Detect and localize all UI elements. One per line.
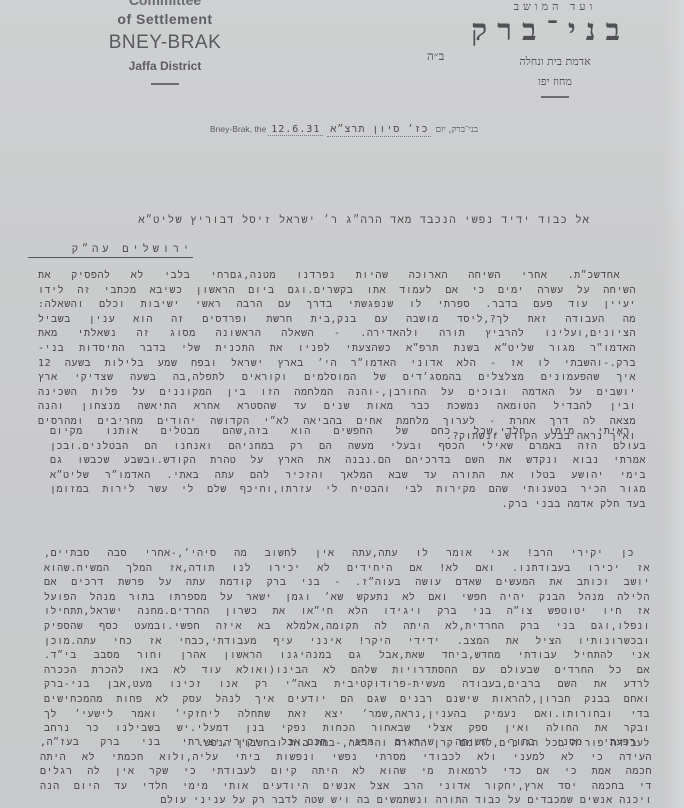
- gregorian-date: 12.6.31: [268, 124, 323, 136]
- text-line: אמרתי נבוא ונקדש את השם בדרכיהם הם.נבנה …: [50, 454, 646, 469]
- date-prefix-hebrew: בני־ברק, יום: [435, 124, 478, 135]
- text-line: די בחכמה יסד ארץ,יחקור אדוני הרב אצל אנש…: [40, 780, 652, 795]
- text-line: אני להתחיל עבודתי מחדש,ביחד שאת,אבל גם ב…: [44, 649, 650, 664]
- text-line: אחדשכ״ת. אחרי השיחה הארוכה שהיות נפרדנו …: [38, 269, 636, 284]
- addressee-city: ירושלים עה״ק: [28, 243, 193, 258]
- text-line: בעולם הזה באמרם שאילי הכסף ובעלי מעשה הם…: [50, 440, 646, 455]
- text-line: הציונים,ועלינו להרביץ תורה ולהאדירה. - ה…: [38, 327, 636, 342]
- paragraph-4: רפעתי מסנו בתוך השיחה שיראים מפני חכם.אב…: [40, 736, 652, 808]
- text-line: ואחם בבנק חברון,להראות שישנם רבנים שגם ה…: [44, 693, 650, 708]
- text-line: איך שהפעמונים מצלצלים בהמסג׳דים של המוסל…: [38, 371, 636, 386]
- addressee: אל כבוד ידיד נפשי הנכבד מאד הרה״ג ר׳ ישר…: [90, 214, 590, 227]
- text-line: מה העבודה זאת לך?,ליסד מושבה עם בנק,בית …: [38, 313, 636, 328]
- text-line: מגור הכיר בטענותי שהם מקירות לבי והבטיח …: [50, 483, 646, 498]
- scanned-letter-page: Committee of Settlement BNEY-BRAK Jaffa …: [0, 0, 684, 808]
- text-line: הלילה מנהל הבנק יהיה חפשי ואם לא נתעקש ש…: [44, 591, 650, 606]
- letterhead-divider: [541, 96, 569, 98]
- letterhead-name-hebrew: בני־ברק: [480, 14, 630, 48]
- letterhead-of-settlement: of Settlement: [80, 9, 250, 29]
- text-line: אז יכירו בעבודתנו. ואם לא! אם היחידים לא…: [44, 562, 650, 577]
- letterhead-district-hebrew: מחוז יפו: [480, 74, 630, 90]
- besiyata-dishmaya-mark: ב״ה: [427, 49, 444, 64]
- text-line: ויכנה אנשים שמכבדים על כבוד התורה ונשתמש…: [40, 794, 652, 808]
- date-prefix-english: Bney-Brak, the: [210, 124, 266, 134]
- letterhead-name-english: BNEY-BRAK: [80, 29, 250, 57]
- text-line: יושבים על האדמה ובוכים על החורבן,-והנה ה…: [38, 386, 636, 401]
- hebrew-date: כז׳ סיון תרצ״א: [327, 124, 431, 137]
- text-line: ובין להבדיל הטומאה נמשכת כבר מאות שנים ע…: [38, 400, 636, 415]
- text-line: השיחה על עשרה ימים כי אם לעמוד אתו בקשרי…: [38, 284, 636, 299]
- letterhead-committee-hebrew: ועד המושב: [480, 0, 630, 14]
- date-line: Bney-Brak, the 12.6.31 כז׳ סיון תרצ״א בנ…: [210, 124, 540, 137]
- text-line: ראיתי מימי חלדי,שכל כחם של החפשים הוא בז…: [50, 425, 646, 440]
- text-line: לרדע את השם ברבים,בעבודה מעשית-פרודוקטיב…: [44, 678, 650, 693]
- letterhead-divider: [151, 83, 179, 85]
- page-edge-shadow: [662, 0, 684, 808]
- text-line: בדי ובחורותו.ואם נעמיק בהענין,נראה,שמר׳ …: [44, 708, 650, 723]
- text-line: יושב וכותב את המעשים שאדם עושה בעוה״ז. -…: [44, 576, 650, 591]
- paragraph-1: אחדשכ״ת. אחרי השיחה הארוכה שהיות נפרדנו …: [38, 269, 636, 444]
- letterhead-hebrew: ועד המושב בני־ברק אדמת בית ונחלה מחוז יפ…: [480, 0, 630, 98]
- text-line: בימי יהושע בטלו את התורה עד שבא המלאך וה…: [50, 469, 646, 484]
- text-line: אז חיו יטוטפש צו״ה בני ברק ויגידו הלא חי…: [44, 605, 650, 620]
- paragraph-2: ראיתי מימי חלדי,שכל כחם של החפשים הוא בז…: [50, 425, 646, 513]
- letterhead-tagline-hebrew: אדמת בית ונחלה: [480, 54, 630, 70]
- text-line: ברק.-והשבתי לו אז - הלא אדוני האדמו״ר הי…: [38, 357, 636, 372]
- text-line: ובקר את החולה ואין ספק אצלי שבאחור הכחות…: [44, 722, 650, 737]
- text-line: אם כל החרדים שבעולם עם ההסתדרויות שלהם ל…: [44, 664, 650, 679]
- text-line: בעד חלק אדמה בבני ברק.: [50, 498, 646, 513]
- text-line: חכמה אמת כי אם כדי לרמאות מי שהוא לא הית…: [40, 765, 652, 780]
- text-line: ובכשרונותיו הציל את המצב. ידידי היקר! אי…: [44, 635, 650, 650]
- letterhead-english: Committee of Settlement BNEY-BRAK Jaffa …: [80, 0, 250, 85]
- paragraph-3: כן יקירי הרב! אני אומר לו עתה,עתה אין לח…: [44, 547, 650, 751]
- text-line: כן יקירי הרב! אני אומר לו עתה,עתה אין לח…: [44, 547, 650, 562]
- text-line: האדמו״ר מגור שליט״א בשנת תרפ״א כשהצעתי ל…: [38, 342, 636, 357]
- letterhead-committee: Committee: [80, 0, 250, 9]
- text-line: יעיין עוד פעם בדבר. ספרתי לו שנפגשתי בדר…: [38, 298, 636, 313]
- text-line: העידה כי לא למעני ולא לכבודי מסרתי נפשי …: [40, 751, 652, 766]
- text-line: ונפלו,וגם בני ברק החרדית,לא היתה לה תקומ…: [44, 620, 650, 635]
- text-line: רפעתי מסנו בתוך השיחה שיראים מפני חכם.אב…: [40, 736, 652, 751]
- letterhead-district-english: Jaffa District: [80, 57, 250, 75]
